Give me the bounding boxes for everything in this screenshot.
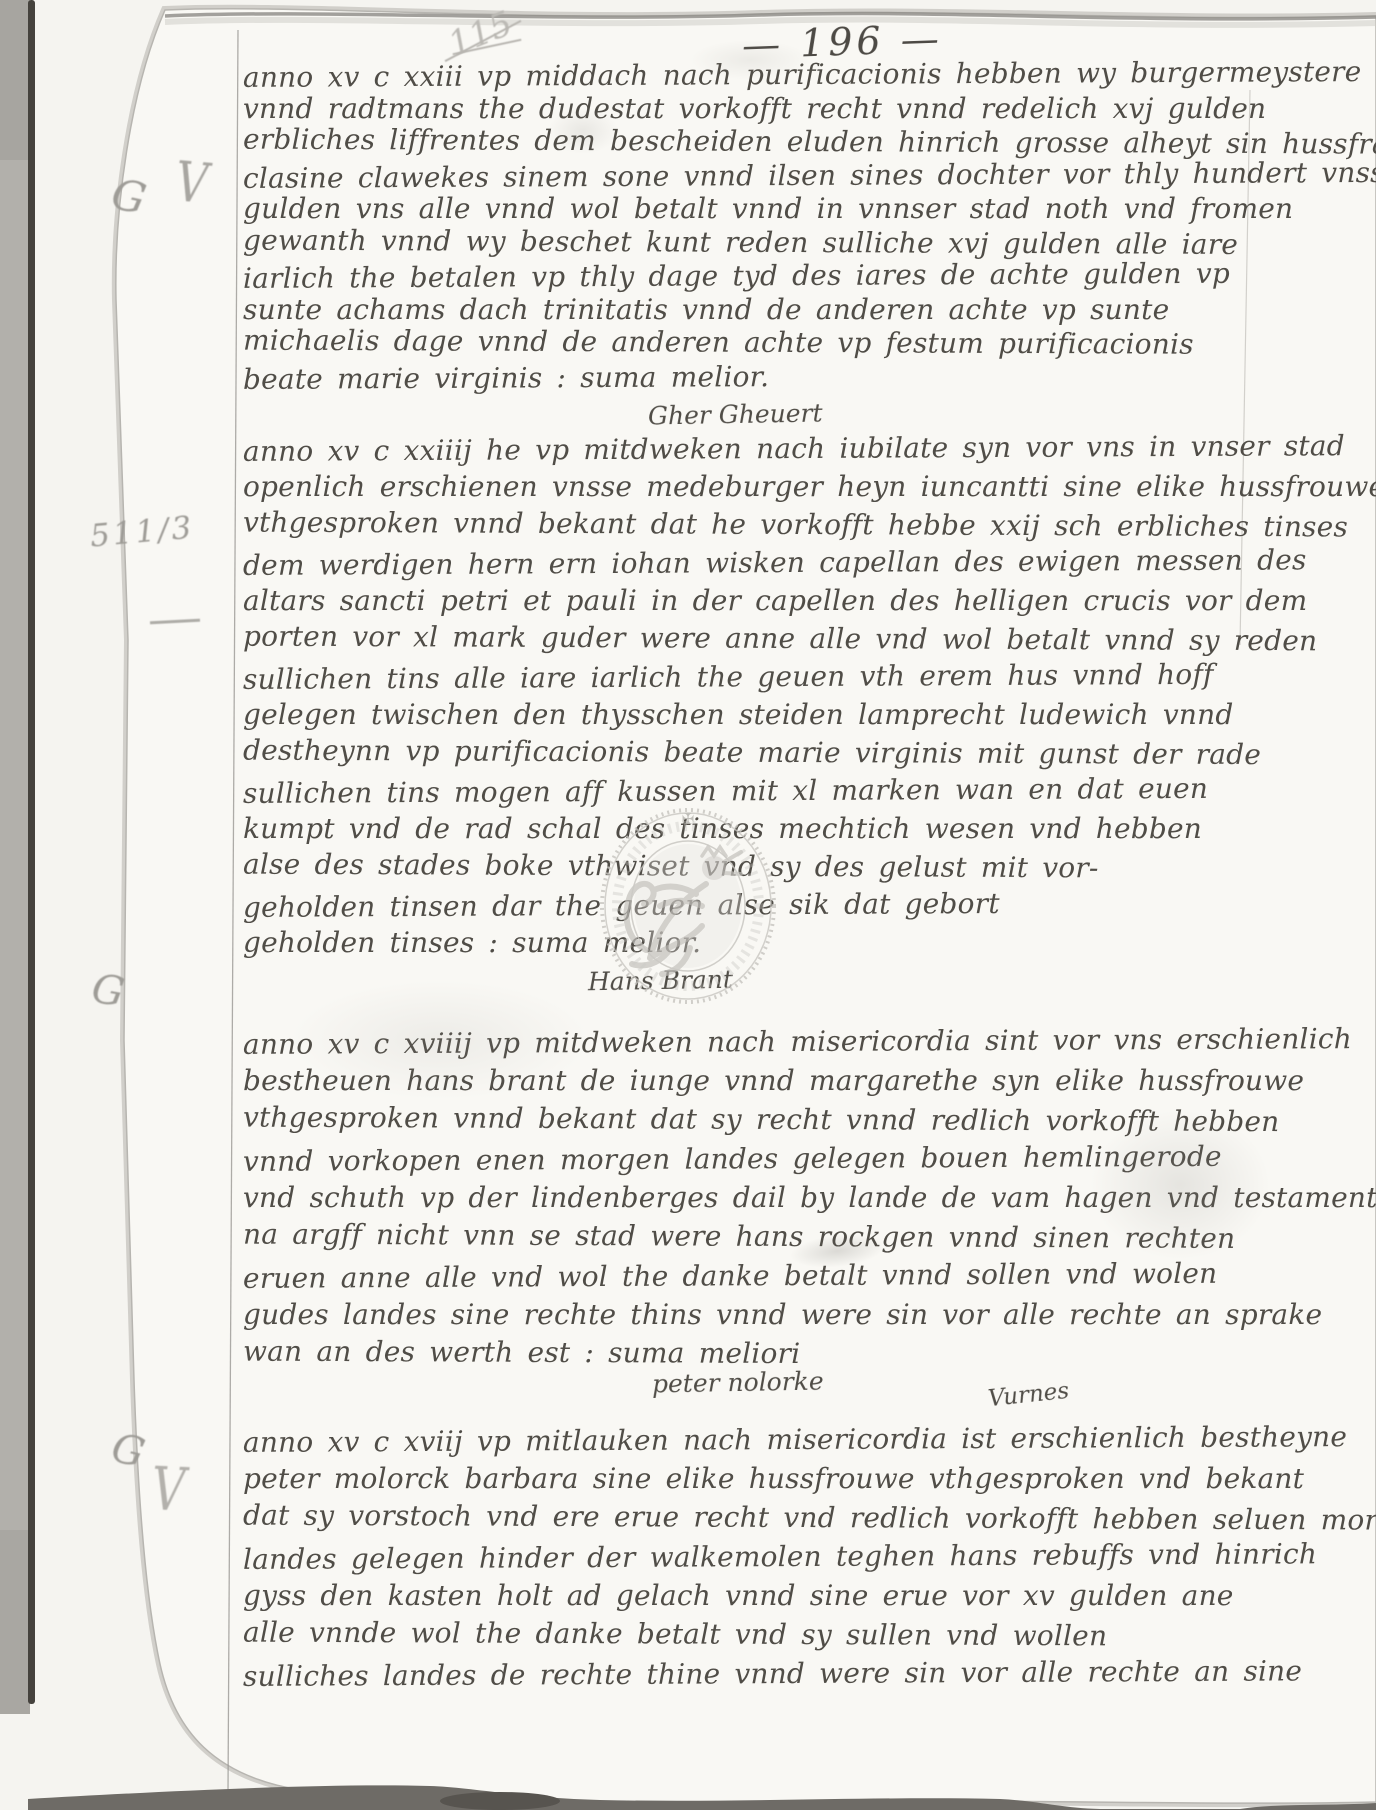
manuscript-text-line: landes gelegen hinder der walkemolen teg… (243, 1534, 1351, 1579)
manuscript-text-line: erbliches liffrentes dem bescheiden elud… (243, 123, 1351, 161)
manuscript-text-line: gyss den kasten holt ad gelach vnnd sine… (243, 1576, 1351, 1615)
manuscript-text-line: anno xv c xxiiij he vp mitdweken nach iu… (243, 427, 1351, 471)
manuscript-text-line: iarlich the betalen vp thly dage tyd des… (243, 256, 1351, 295)
manuscript-text-line: geholden tinses : suma melior. (243, 924, 1351, 962)
record-entry-1: anno xv c xxiii vp middach nach purifica… (243, 58, 1351, 393)
manuscript-text-line: sullichen tins alle iare iarlich the geu… (243, 655, 1351, 699)
manuscript-text-line: kumpt vnd de rad schal des tinses mechti… (243, 810, 1351, 848)
ink-smudge (690, 40, 810, 80)
manuscript-text-line: alle vnnde wol the danke betalt vnd sy s… (243, 1613, 1351, 1657)
scanned-manuscript-page: 115 — 196 — G V 511/3 G G V anno xv c xx… (0, 0, 1376, 1810)
manuscript-text-line: anno xv c xviij vp mitlauken nach miseri… (243, 1417, 1351, 1462)
manuscript-text-line: vthgesproken vnnd bekant dat he vorkofft… (243, 504, 1351, 547)
seal-cross-icon: ✠ (682, 810, 695, 828)
ink-smudge (548, 108, 618, 154)
manuscript-text-line: michaelis dage vnnd de anderen achte vp … (243, 324, 1351, 362)
manuscript-text-line: porten vor xl mark guder were anne alle … (243, 618, 1351, 661)
manuscript-text-line: destheynn vp purificacionis beate marie … (243, 732, 1351, 775)
show-through-stain (1090, 1110, 1270, 1260)
margin-mark-v: V (151, 1453, 186, 1525)
manuscript-text-line: peter molorck barbara sine elike hussfro… (243, 1459, 1351, 1498)
manuscript-text-line: sulliches landes de rechte thine vnnd we… (243, 1651, 1351, 1696)
manuscript-text-line: dat sy vorstoch vnd ere erue recht vnd r… (243, 1496, 1351, 1540)
manuscript-text-line: dem werdigen hern ern iohan wisken capel… (243, 541, 1351, 585)
manuscript-text-line: beate marie virginis : suma melior. (243, 357, 1351, 396)
bottom-shadow-blob (440, 1792, 560, 1810)
record-entry-2: anno xv c xxiiij he vp mitdweken nach iu… (243, 430, 1351, 962)
manuscript-text-line: gewanth vnnd wy beschet kunt reden sulli… (243, 223, 1351, 261)
entry-heading-name: peter nolorke (652, 1367, 824, 1399)
manuscript-text-line: vnnd radtmans the dudestat vorkofft rech… (243, 92, 1351, 126)
manuscript-text-line: clasine clawekes sinem sone vnnd ilsen s… (243, 156, 1351, 195)
manuscript-text-line: sullichen tins mogen aff kussen mit xl m… (243, 769, 1351, 813)
margin-mark-v: V (174, 150, 209, 216)
manuscript-text-line: gulden vns alle vnnd wol betalt vnnd in … (243, 192, 1351, 226)
manuscript-text-line: sunte achams dach trinitatis vnnd de and… (243, 293, 1351, 327)
show-through-stain (290, 980, 590, 1100)
manuscript-text-line: geholden tinsen dar the geuen alse sik d… (243, 883, 1351, 927)
city-seal-stamp: ✠ (598, 800, 778, 1012)
manuscript-text-line: altars sancti petri et pauli in der cape… (243, 582, 1351, 620)
record-entry-4: anno xv c xviij vp mitlauken nach miseri… (243, 1420, 1351, 1693)
manuscript-text-line: gudes landes sine rechte thins vnnd were… (243, 1295, 1351, 1334)
manuscript-text-line: gelegen twischen den thysschen steiden l… (243, 696, 1351, 734)
manuscript-text-line: alse des stades boke vthwiset vnd sy des… (243, 846, 1351, 889)
entry-heading-name: Gher Gheuert (648, 398, 823, 430)
manuscript-text-line: openlich erschienen vnsse medeburger hey… (243, 468, 1351, 506)
